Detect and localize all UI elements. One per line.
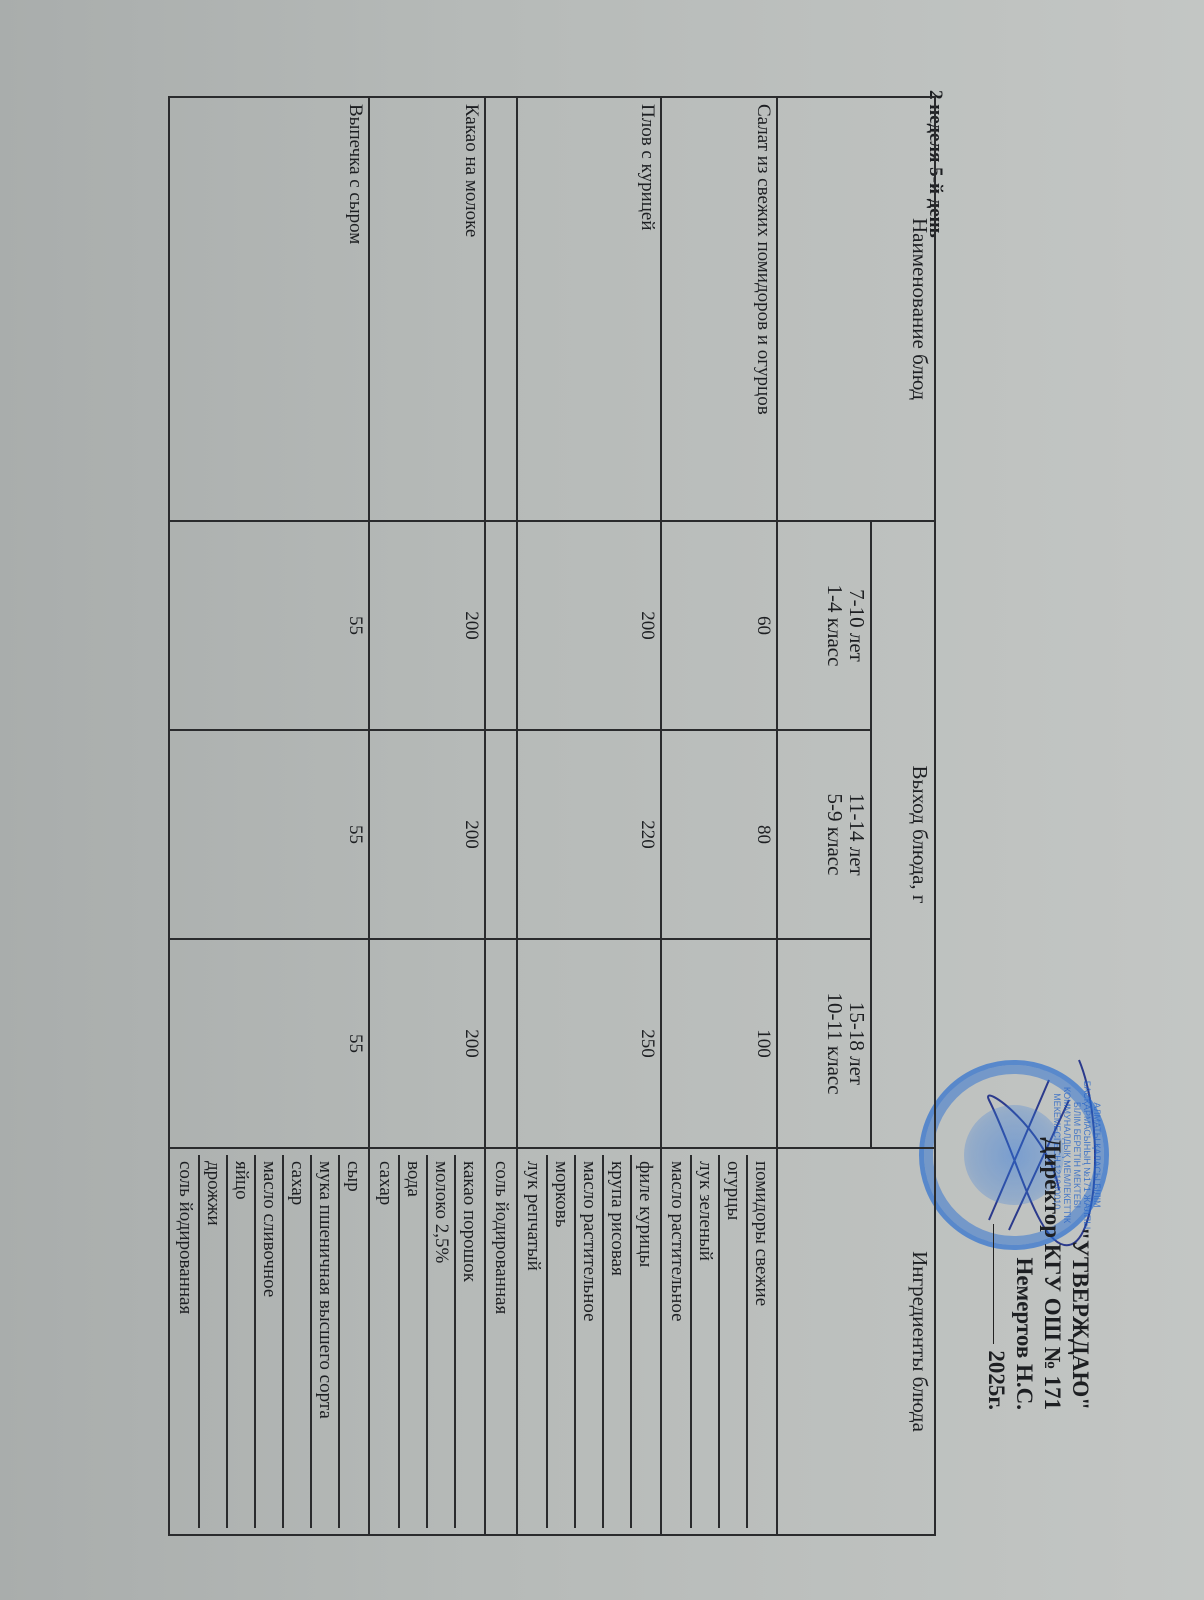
approval-name: Немертов Н.С. [1010,1080,1038,1410]
ingredient-item: сыр [338,1155,366,1528]
portion-weight: 55 [169,939,369,1148]
ingredient-item: какао порошок [454,1155,482,1528]
approval-position: Директор КГУ ОШ № 171 [1038,1080,1066,1410]
ingredient-item: лук зеленый [690,1155,718,1528]
portion-weight: 220 [517,730,661,939]
grade-range: 1-4 класс [823,585,847,667]
table-row: Выпечка с сыром555555сырмука пшеничная в… [169,97,369,1535]
ingredient-item: морковь [546,1155,574,1528]
ingredient-item: соль йодированная [488,1155,514,1528]
portion-weight [485,730,517,939]
date-blank-line [993,1224,994,1344]
header-dish-name: Наименование блюд [777,97,935,521]
portion-weight: 200 [369,521,485,730]
table-row: Какао на молоке200200200какао порошокмол… [369,97,485,1535]
ingredient-list: помидоры свежиеогурцылук зеленыймасло ра… [661,1148,777,1535]
dish-name: Какао на молоке [369,97,485,521]
portion-weight: 55 [169,730,369,939]
approval-date: 2025г. [982,1080,1010,1410]
approval-year: 2025г. [984,1350,1009,1410]
header-output: Выход блюда, г [871,521,935,1148]
ingredient-item: дрожжи [198,1155,226,1528]
portion-weight: 200 [517,521,661,730]
header-ingredients: Ингредиенты блюда [777,1148,935,1535]
age-range: 11-14 лет [845,793,869,875]
grade-range: 10-11 класс [823,992,847,1094]
ingredient-item: крупа рисовая [602,1155,630,1528]
portion-weight: 200 [369,939,485,1148]
age-range: 7-10 лет [845,589,869,662]
ingredient-item: масло растительное [574,1155,602,1528]
document-page: 2 неделя 5-й день АЛМАТЫ ҚАЛАСЫ БІЛІМ БА… [0,0,1204,1600]
ingredient-item: соль йодированная [172,1155,198,1528]
ingredient-item: лук репчатый [520,1155,546,1528]
ingredient-list: соль йодированная [485,1148,517,1535]
dish-name: Выпечка с сыром [169,97,369,521]
portion-weight: 55 [169,521,369,730]
portion-weight [485,939,517,1148]
dish-name: Салат из свежих помидоров и огурцов [661,97,777,521]
approval-heading: "УТВЕРЖДАЮ" [1066,1080,1094,1410]
portion-weight: 100 [661,939,777,1148]
ingredient-item: мука пшеничная высшего сорта [310,1155,338,1528]
header-age-group: 7-10 лет1-4 класс [777,521,871,730]
portion-weight: 250 [517,939,661,1148]
grade-range: 5-9 класс [823,794,847,876]
approval-block: "УТВЕРЖДАЮ" Директор КГУ ОШ № 171 Немерт… [982,1080,1094,1410]
menu-table: Наименование блюд Выход блюда, г Ингреди… [168,96,936,1536]
ingredient-item: помидоры свежие [746,1155,774,1528]
header-age-group: 11-14 лет5-9 класс [777,730,871,939]
dish-name [485,97,517,521]
age-range: 15-18 лет [845,1002,869,1085]
ingredient-item: масло сливочное [254,1155,282,1528]
ingredient-item: масло растительное [664,1155,690,1528]
table-row: соль йодированная [485,97,517,1535]
ingredient-item: сахар [372,1155,398,1528]
table-row: Салат из свежих помидоров и огурцов60801… [661,97,777,1535]
ingredient-item: филе курицы [630,1155,658,1528]
ingredient-item: вода [398,1155,426,1528]
header-age-group: 15-18 лет10-11 класс [777,939,871,1148]
ingredient-item: огурцы [718,1155,746,1528]
ingredient-list: филе курицыкрупа рисоваямасло растительн… [517,1148,661,1535]
portion-weight: 60 [661,521,777,730]
portion-weight: 80 [661,730,777,939]
portion-weight [485,521,517,730]
ingredient-item: молоко 2,5% [426,1155,454,1528]
portion-weight: 200 [369,730,485,939]
ingredient-list: сырмука пшеничная высшего сортасахармасл… [169,1148,369,1535]
ingredient-list: какао порошокмолоко 2,5%водасахар [369,1148,485,1535]
ingredient-item: сахар [282,1155,310,1528]
menu-table-body: Салат из свежих помидоров и огурцов60801… [169,97,777,1535]
table-row: Плов с курицей200220250филе курицыкрупа … [517,97,661,1535]
ingredient-item: яйцо [226,1155,254,1528]
dish-name: Плов с курицей [517,97,661,521]
